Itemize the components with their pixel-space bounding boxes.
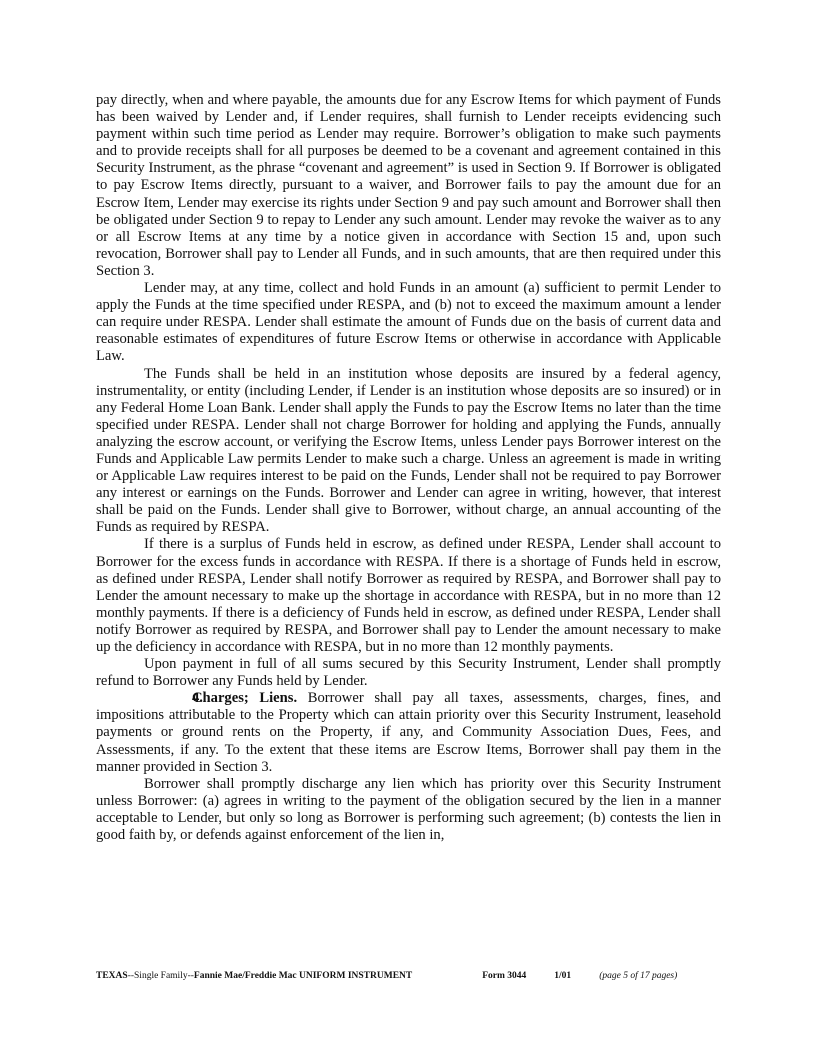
- paragraph-escrow-waiver: pay directly, when and where payable, th…: [96, 92, 721, 280]
- footer-family: --Single Family--: [128, 971, 194, 981]
- section-title: Charges; Liens.: [192, 690, 297, 706]
- footer-instrument: TEXAS--Single Family--Fannie Mae/Freddie…: [96, 971, 412, 981]
- footer-page-number: (page 5 of 17 pages): [599, 971, 677, 981]
- document-body: pay directly, when and where payable, th…: [96, 92, 721, 844]
- section-4-charges-liens: 4.Charges; Liens. Borrower shall pay all…: [96, 690, 721, 775]
- footer-version: 1/01: [554, 971, 571, 981]
- footer-state: TEXAS: [96, 971, 128, 981]
- paragraph-collect-funds: Lender may, at any time, collect and hol…: [96, 280, 721, 365]
- footer-form-number: Form 3044: [482, 971, 526, 981]
- footer-instrument-name: Fannie Mae/Freddie Mac UNIFORM INSTRUMEN…: [194, 971, 412, 981]
- paragraph-surplus: If there is a surplus of Funds held in e…: [96, 536, 721, 656]
- paragraph-refund: Upon payment in full of all sums secured…: [96, 656, 721, 690]
- paragraph-discharge-lien: Borrower shall promptly discharge any li…: [96, 776, 721, 844]
- page-footer: TEXAS--Single Family--Fannie Mae/Freddie…: [96, 971, 721, 981]
- section-number: 4.: [144, 690, 192, 707]
- paragraph-funds-held: The Funds shall be held in an institutio…: [96, 366, 721, 537]
